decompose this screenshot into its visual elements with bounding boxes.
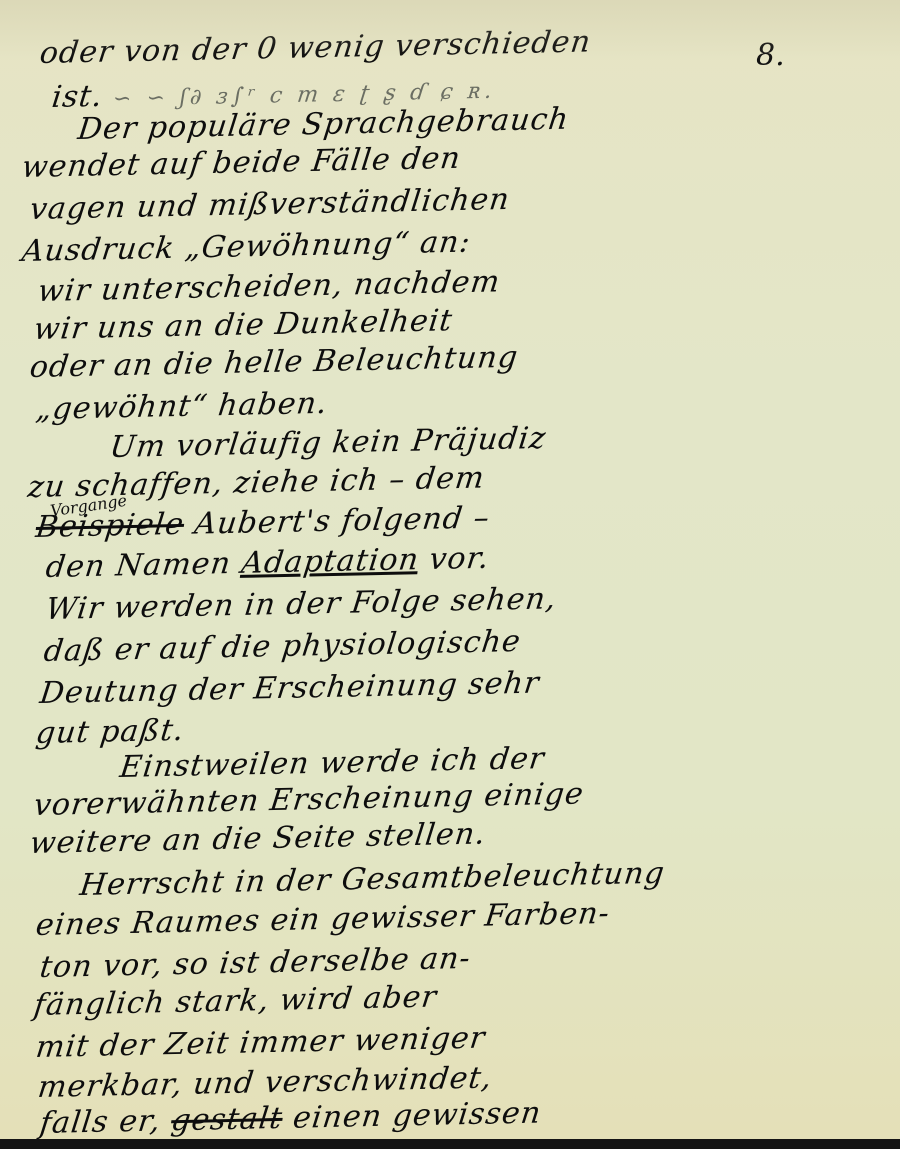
text-line-13-rest: Aubert's folgend – <box>193 501 492 542</box>
text-line-21: weitere an die Seite stellen. <box>28 816 488 861</box>
text-line-26: mit der Zeit immer weniger <box>34 1021 487 1065</box>
text-line-10: „gewöhnt“ haben. <box>34 386 330 427</box>
text-line-16: daß er auf die physiologische <box>42 624 523 669</box>
text-line-28-a: falls er, <box>38 1103 174 1139</box>
scan-bottom-edge <box>0 1139 900 1149</box>
scribbled-out-word: gestalt <box>169 1101 284 1138</box>
text-line-4: wendet auf beide Fälle den <box>20 141 463 185</box>
page-number: 8. <box>756 38 785 73</box>
text-line-23: eines Raumes ein gewisser Farben- <box>34 896 612 943</box>
text-line-25: fänglich stark, wird aber <box>32 980 439 1023</box>
text-line-24: ton vor, so ist derselbe an- <box>38 941 473 985</box>
text-line-15: Wir werden in der Folge sehen, <box>44 581 559 627</box>
text-line-14: den Namen Adaptation vor. <box>44 541 491 585</box>
text-line-14-b: vor. <box>427 541 491 577</box>
text-line-18: gut paßt. <box>34 713 186 751</box>
text-line-6: Ausdruck „Gewöhnung“ an: <box>20 225 473 269</box>
text-line-5: vagen und mißverständlichen <box>28 182 512 227</box>
text-line-1: oder von der 0 wenig verschieden <box>38 24 593 71</box>
text-line-28-b: einen gewissen <box>291 1096 543 1136</box>
struck-word: Beispiele <box>34 507 186 545</box>
text-line-8: wir uns an die Dunkelheit <box>32 303 455 347</box>
text-line-11: Um vorläufig kein Präjudiz <box>108 421 548 465</box>
text-line-20: vorerwähnten Erscheinung einige <box>32 777 586 823</box>
text-line-2-text: ist. <box>50 79 105 115</box>
manuscript-page: 8. oder von der 0 wenig verschieden ist.… <box>0 0 900 1139</box>
text-line-9: oder an die helle Beleuchtung <box>28 340 520 385</box>
text-line-17: Deutung der Erscheinung sehr <box>38 666 542 711</box>
text-line-14-a: den Namen <box>44 546 244 585</box>
text-line-7: wir unterscheiden, nachdem <box>36 264 502 309</box>
underlined-word: Adaptation <box>239 542 421 581</box>
